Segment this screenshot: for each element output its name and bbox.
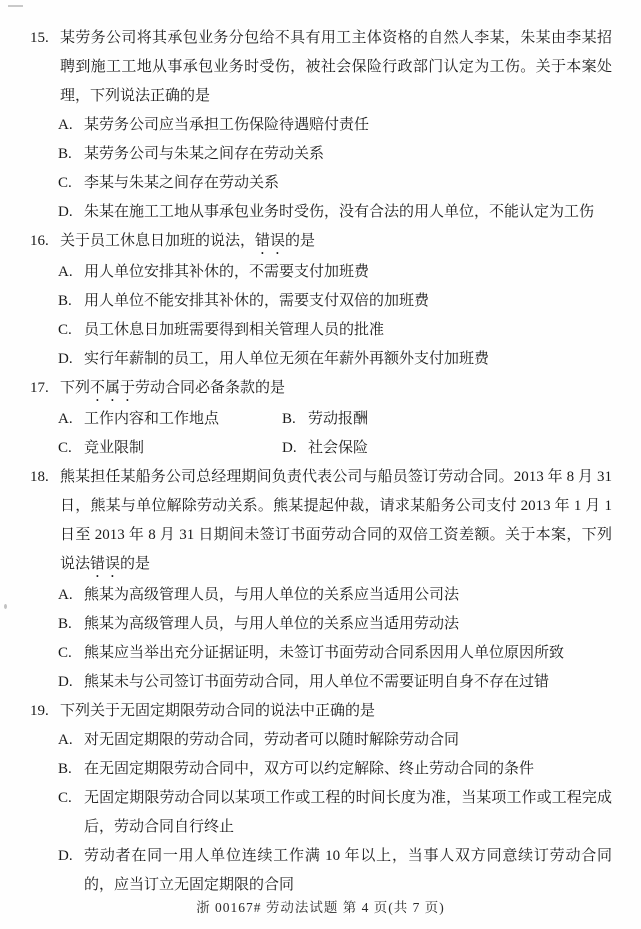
option-D: D.劳动者在同一用人单位连续工作满 10 年以上，当事人双方同意续订劳动合同的，… <box>58 842 612 900</box>
option-text: 社会保险 <box>308 434 612 463</box>
option-A: A.熊某为高级管理人员，与用人单位的关系应当适用公司法 <box>58 581 612 610</box>
question-stem: 16.关于员工休息日加班的说法，错误的是 <box>30 227 612 258</box>
scan-artifact-speck <box>4 604 7 609</box>
option-text: 朱某在施工工地从事承包业务时受伤，没有合法的用人单位，不能认定为工伤 <box>84 198 612 227</box>
question-number: 19. <box>30 697 60 726</box>
option-C: C.熊某应当举出充分证据证明，未签订书面劳动合同系因用人单位原因所致 <box>58 639 612 668</box>
option-text: 熊某应当举出充分证据证明，未签订书面劳动合同系因用人单位原因所致 <box>84 639 612 668</box>
option-list: A.用人单位安排其补休的，不需要支付加班费B.用人单位不能安排其补休的，需要支付… <box>30 258 612 374</box>
option-label: B. <box>58 610 84 639</box>
option-C: C.员工休息日加班需要得到相关管理人员的批准 <box>58 316 612 345</box>
option-C: C.李某与朱某之间存在劳动关系 <box>58 169 612 198</box>
option-text: 劳动报酬 <box>308 405 612 434</box>
question-stem-text: 某劳务公司将其承包业务分包给不具有用工主体资格的自然人李某，朱某由李某招聘到施工… <box>60 24 612 111</box>
option-label: C. <box>58 784 84 842</box>
question-18: 18.熊某担任某船务公司总经理期间负责代表公司与船员签订劳动合同。2013 年 … <box>30 463 612 697</box>
question-stem-text: 关于员工休息日加班的说法，错误的是 <box>60 227 612 258</box>
option-C: C.无固定期限劳动合同以某项工作或工程的时间长度为准，当某项工作或工程完成后，劳… <box>58 784 612 842</box>
option-text: 实行年薪制的员工，用人单位无须在年薪外再额外支付加班费 <box>84 345 612 374</box>
option-text: 员工休息日加班需要得到相关管理人员的批准 <box>84 316 612 345</box>
option-text: 熊某未与公司签订书面劳动合同，用人单位不需要证明自身不存在过错 <box>84 668 612 697</box>
option-label: A. <box>58 405 84 434</box>
option-list: A.对无固定期限的劳动合同，劳动者可以随时解除劳动合同B.在无固定期限劳动合同中… <box>30 726 612 900</box>
emphasized-text: 错误 <box>90 556 120 572</box>
option-B: B.某劳务公司与朱某之间存在劳动关系 <box>58 140 612 169</box>
exam-page: 15.某劳务公司将其承包业务分包给不具有用工主体资格的自然人李某，朱某由李某招聘… <box>0 0 641 929</box>
option-text: 李某与朱某之间存在劳动关系 <box>84 169 612 198</box>
option-text: 熊某为高级管理人员，与用人单位的关系应当适用劳动法 <box>84 610 612 639</box>
emphasized-text: 错误 <box>255 233 285 249</box>
question-15: 15.某劳务公司将其承包业务分包给不具有用工主体资格的自然人李某，朱某由李某招聘… <box>30 24 612 227</box>
option-label: C. <box>58 316 84 345</box>
question-number: 17. <box>30 374 60 405</box>
option-text: 熊某为高级管理人员，与用人单位的关系应当适用公司法 <box>84 581 612 610</box>
question-number: 16. <box>30 227 60 258</box>
option-A: A.工作内容和工作地点 <box>58 405 282 434</box>
option-B: B.劳动报酬 <box>282 405 612 434</box>
question-16: 16.关于员工休息日加班的说法，错误的是A.用人单位安排其补休的，不需要支付加班… <box>30 227 612 374</box>
option-text: 某劳务公司应当承担工伤保险待遇赔付责任 <box>84 111 612 140</box>
scan-artifact-dash <box>8 5 23 7</box>
question-19: 19.下列关于无固定期限劳动合同的说法中正确的是A.对无固定期限的劳动合同，劳动… <box>30 697 612 900</box>
option-label: A. <box>58 258 84 287</box>
question-stem: 19.下列关于无固定期限劳动合同的说法中正确的是 <box>30 697 612 726</box>
option-label: D. <box>282 434 308 463</box>
option-A: A.对无固定期限的劳动合同，劳动者可以随时解除劳动合同 <box>58 726 612 755</box>
option-text: 无固定期限劳动合同以某项工作或工程的时间长度为准，当某项工作或工程完成后，劳动合… <box>84 784 612 842</box>
stem-segment: 下列关于无固定期限劳动合同的说法中正确的是 <box>60 703 375 719</box>
option-list: A.工作内容和工作地点B.劳动报酬C.竞业限制D.社会保险 <box>58 405 612 463</box>
option-label: B. <box>58 287 84 316</box>
question-stem: 15.某劳务公司将其承包业务分包给不具有用工主体资格的自然人李某，朱某由李某招聘… <box>30 24 612 111</box>
option-D: D.实行年薪制的员工，用人单位无须在年薪外再额外支付加班费 <box>58 345 612 374</box>
option-A: A.某劳务公司应当承担工伤保险待遇赔付责任 <box>58 111 612 140</box>
page-footer: 浙 00167# 劳动法试题 第 4 页(共 7 页) <box>0 893 641 922</box>
option-label: B. <box>58 755 84 784</box>
option-D: D.朱某在施工工地从事承包业务时受伤，没有合法的用人单位，不能认定为工伤 <box>58 198 612 227</box>
option-text: 工作内容和工作地点 <box>84 405 282 434</box>
option-label: D. <box>58 198 84 227</box>
stem-segment: 的是 <box>285 233 315 249</box>
option-label: C. <box>58 639 84 668</box>
option-D: D.熊某未与公司签订书面劳动合同，用人单位不需要证明自身不存在过错 <box>58 668 612 697</box>
question-stem-text: 下列关于无固定期限劳动合同的说法中正确的是 <box>60 697 612 726</box>
option-label: B. <box>58 140 84 169</box>
stem-segment: 的是 <box>120 556 150 572</box>
question-17: 17.下列不属于劳动合同必备条款的是A.工作内容和工作地点B.劳动报酬C.竞业限… <box>30 374 612 463</box>
option-label: A. <box>58 726 84 755</box>
stem-segment: 某劳务公司将其承包业务分包给不具有用工主体资格的自然人李某，朱某由李某招聘到施工… <box>60 30 612 104</box>
option-text: 竞业限制 <box>84 434 282 463</box>
option-label: D. <box>58 668 84 697</box>
option-label: D. <box>58 842 84 900</box>
question-stem-text: 熊某担任某船务公司总经理期间负责代表公司与船员签订劳动合同。2013 年 8 月… <box>60 463 612 581</box>
stem-segment: 关于员工休息日加班的说法， <box>60 233 255 249</box>
option-text: 劳动者在同一用人单位连续工作满 10 年以上，当事人双方同意续订劳动合同的，应当… <box>84 842 612 900</box>
option-text: 在无固定期限劳动合同中，双方可以约定解除、终止劳动合同的条件 <box>84 755 612 784</box>
option-text: 对无固定期限的劳动合同，劳动者可以随时解除劳动合同 <box>84 726 612 755</box>
stem-segment: 劳动合同必备条款的是 <box>135 380 285 396</box>
option-B: B.在无固定期限劳动合同中，双方可以约定解除、终止劳动合同的条件 <box>58 755 612 784</box>
question-stem-text: 下列不属于劳动合同必备条款的是 <box>60 374 612 405</box>
option-text: 某劳务公司与朱某之间存在劳动关系 <box>84 140 612 169</box>
question-stem: 18.熊某担任某船务公司总经理期间负责代表公司与船员签订劳动合同。2013 年 … <box>30 463 612 581</box>
stem-segment: 下列 <box>60 380 90 396</box>
option-label: D. <box>58 345 84 374</box>
option-text: 用人单位安排其补休的，不需要支付加班费 <box>84 258 612 287</box>
option-C: C.竞业限制 <box>58 434 282 463</box>
emphasized-text: 不属于 <box>90 380 135 396</box>
question-list: 15.某劳务公司将其承包业务分包给不具有用工主体资格的自然人李某，朱某由李某招聘… <box>30 24 612 900</box>
option-B: B.用人单位不能安排其补休的，需要支付双倍的加班费 <box>58 287 612 316</box>
option-label: A. <box>58 111 84 140</box>
option-list: A.熊某为高级管理人员，与用人单位的关系应当适用公司法B.熊某为高级管理人员，与… <box>30 581 612 697</box>
question-number: 15. <box>30 24 60 111</box>
option-label: C. <box>58 169 84 198</box>
question-stem: 17.下列不属于劳动合同必备条款的是 <box>30 374 612 405</box>
option-B: B.熊某为高级管理人员，与用人单位的关系应当适用劳动法 <box>58 610 612 639</box>
question-number: 18. <box>30 463 60 581</box>
option-label: B. <box>282 405 308 434</box>
option-label: A. <box>58 581 84 610</box>
option-text: 用人单位不能安排其补休的，需要支付双倍的加班费 <box>84 287 612 316</box>
option-D: D.社会保险 <box>282 434 612 463</box>
option-A: A.用人单位安排其补休的，不需要支付加班费 <box>58 258 612 287</box>
option-label: C. <box>58 434 84 463</box>
option-list: A.某劳务公司应当承担工伤保险待遇赔付责任B.某劳务公司与朱某之间存在劳动关系C… <box>30 111 612 227</box>
